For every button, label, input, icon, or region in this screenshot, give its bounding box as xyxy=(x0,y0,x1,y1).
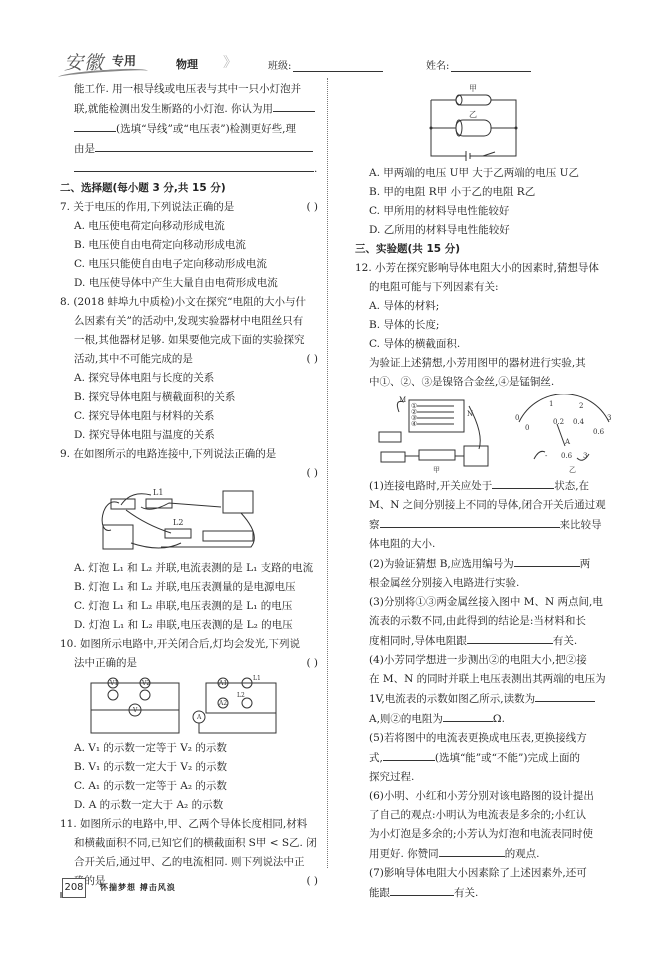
svg-text:A2: A2 xyxy=(218,700,227,707)
q7-stem: 7. 关于电压的作用,下列说法正确的是( ) xyxy=(60,198,322,217)
svg-text:④: ④ xyxy=(411,420,417,428)
svg-text:N: N xyxy=(467,410,473,418)
q9-option-c: C. 灯泡 L₁ 和 L₂ 串联,电压表测的是 L₁ 的电压 xyxy=(60,597,322,616)
q8-line: 8. (2018 蚌埠九中质检)小文在探究“电阻的大小与什 xyxy=(60,293,322,312)
q11-option-a: A. 甲两端的电压 U甲 大于乙两端的电压 U乙 xyxy=(355,164,617,183)
answer-blank[interactable] xyxy=(380,515,560,528)
q12-intro-line: 中①、②、③是镍铬合金丝,④是锰铜丝. xyxy=(355,373,617,392)
q12-part6: (6)小明、小红和小芳分别对该电路图的设计提出 xyxy=(355,787,617,806)
q9-stem: 9. 在如图所示的电路连接中,下列说法正确的是 xyxy=(60,445,322,464)
q10-option-b: B. V₁ 的示数一定大于 V₂ 的示数 xyxy=(60,758,322,777)
svg-text:M: M xyxy=(399,396,406,404)
right-column: 甲 乙 A. 甲两端的电压 U甲 大于乙两端的电压 U乙 B. 甲的电阻 R甲 … xyxy=(355,80,617,903)
svg-text:1: 1 xyxy=(549,400,553,408)
q6-cont-line: 联,就能检测出发生断路的小灯泡. 你认为用 xyxy=(60,99,322,119)
subject-label: 物理 xyxy=(176,56,198,72)
answer-paren[interactable]: ( ) xyxy=(306,872,318,891)
svg-text:乙: 乙 xyxy=(569,466,576,474)
q11-line: 和横截面积不同,已知它们的横截面积 S甲 < S乙. 闭 xyxy=(60,834,322,853)
q11-line: 合开关后,通过甲、乙的电流相同. 则下列说法中正 xyxy=(60,853,322,872)
q6-cont-line: 能工作. 用一根导线或电压表与其中一只小灯泡并 xyxy=(60,80,322,99)
svg-text:3: 3 xyxy=(607,414,611,422)
answer-paren[interactable]: ( ) xyxy=(306,350,318,369)
logo: 安徽 专用 xyxy=(58,44,158,80)
answer-blank[interactable] xyxy=(439,844,505,857)
q12-apparatus-and-meter-icon: M N ① ② ③ ④ 0 1 2 3 0 0.2 0.4 0.6 A - 0. xyxy=(369,394,619,474)
q10-circuit-figure: V1 V2 V A1 A2 A L1 L2 xyxy=(81,675,301,737)
q9-circuit-icon: L1 L2 xyxy=(91,485,291,557)
q12-part5: 探究过程. xyxy=(355,768,617,787)
q9-paren-line: ( ) xyxy=(60,464,322,483)
svg-text:L2: L2 xyxy=(173,518,183,527)
q12-part7: 能跟有关. xyxy=(355,883,617,903)
q9-circuit-figure: L1 L2 xyxy=(91,485,291,557)
q8-option-d: D. 探究导体电阻与温度的关系 xyxy=(60,426,322,445)
q7-option-b: B. 电压使自由电荷定向移动形成电流 xyxy=(60,236,322,255)
q6-cont-line: 由是 xyxy=(60,139,322,159)
q8-line: 活动,其中不可能完成的是( ) xyxy=(60,350,322,369)
svg-text:A: A xyxy=(564,438,571,446)
q9-option-a: A. 灯泡 L₁ 和 L₂ 并联,电流表测的是 L₁ 支路的电流 xyxy=(60,559,322,578)
q6-cont-line: . xyxy=(60,159,322,179)
answer-blank[interactable] xyxy=(383,748,435,761)
page-footer: 208 怀揣梦想 搏击风浪 xyxy=(62,878,302,900)
q12-part1: 察来比较导 xyxy=(355,515,617,535)
q8-option-a: A. 探究导体电阻与长度的关系 xyxy=(60,369,322,388)
answer-blank[interactable] xyxy=(514,554,580,567)
answer-blank[interactable] xyxy=(467,631,553,644)
name-label: 姓名: xyxy=(426,61,449,72)
svg-text:V: V xyxy=(132,707,138,714)
q12-part5: (5)若将图中的电流表更换成电压表,更换接线方 xyxy=(355,729,617,748)
q12-part3: 流表的示数不同,由此得到的结论是:当材料和长 xyxy=(355,612,617,631)
q11-option-b: B. 甲的电阻 R甲 小于乙的电阻 R乙 xyxy=(355,183,617,202)
q10-circuit-icon: V1 V2 V A1 A2 A L1 L2 xyxy=(81,675,301,737)
q10-option-d: D. A 的示数一定大于 A₂ 的示数 xyxy=(60,796,322,815)
svg-text:V2: V2 xyxy=(141,680,150,687)
q8-option-c: C. 探究导体电阻与材料的关系 xyxy=(60,407,322,426)
svg-text:0.2: 0.2 xyxy=(553,418,564,426)
q12-intro-line: A. 导体的材料; xyxy=(355,297,617,316)
svg-text:0.6: 0.6 xyxy=(593,428,605,436)
answer-blank[interactable] xyxy=(443,709,493,722)
svg-text:3: 3 xyxy=(583,452,587,460)
q11-option-c: C. 甲所用的材料导电性能较好 xyxy=(355,202,617,221)
q10-line: 10. 如图所示电路中,开关闭合后,灯均会发光,下列说 xyxy=(60,635,322,654)
q12-part4: 1V,电流表的示数如图乙所示,读数为 xyxy=(355,689,617,709)
svg-text:L2: L2 xyxy=(237,692,245,699)
svg-text:0: 0 xyxy=(525,424,529,432)
q12-intro-line: 12. 小芳在探究影响导体电阻大小的因素时,猜想导体 xyxy=(355,259,617,278)
answer-blank[interactable] xyxy=(535,689,595,702)
answer-blank[interactable] xyxy=(74,159,314,172)
q12-part4: 在 M、N 的同时并联上电压表测出其两端的电压为 xyxy=(355,670,617,689)
svg-text:0: 0 xyxy=(515,414,519,422)
q11-option-d: D. 乙所用的材料导电性能较好 xyxy=(355,221,617,240)
section-2-title: 二、选择题(每小题 3 分,共 15 分) xyxy=(60,179,322,198)
q10-option-c: C. A₁ 的示数一定等于 A₂ 的示数 xyxy=(60,777,322,796)
page-number: 208 xyxy=(62,878,86,898)
q11-line: 11. 如图所示的电路中,甲、乙两个导体长度相同,材料 xyxy=(60,815,322,834)
svg-text:甲: 甲 xyxy=(433,466,440,474)
q7-option-d: D. 电压使导体中产生大量自由电荷形成电流 xyxy=(60,274,322,293)
svg-text:甲: 甲 xyxy=(469,84,477,93)
q12-intro-line: 为验证上述猜想,小芳用图甲的器材进行实验,其 xyxy=(355,354,617,373)
q12-part2: 根金属丝分别接入电路进行实验. xyxy=(355,574,617,593)
q11-circuit-figure: 甲 乙 xyxy=(421,82,551,162)
class-label: 班级: xyxy=(268,61,291,72)
q12-part6: 了自己的观点:小明认为电流表是多余的;小红认 xyxy=(355,806,617,825)
class-blank[interactable] xyxy=(293,71,383,72)
q12-intro-line: C. 导体的横截面积. xyxy=(355,335,617,354)
q10-line: 法中正确的是( ) xyxy=(60,654,322,673)
q12-part6: 用更好. 你赞同的观点. xyxy=(355,844,617,864)
q12-figures: M N ① ② ③ ④ 0 1 2 3 0 0.2 0.4 0.6 A - 0. xyxy=(369,394,619,474)
answer-paren[interactable]: ( ) xyxy=(306,464,318,483)
svg-text:A1: A1 xyxy=(218,680,227,687)
svg-text:A: A xyxy=(196,714,202,721)
q12-intro-line: 的电阻可能与下列因素有关: xyxy=(355,278,617,297)
class-field: 班级: xyxy=(268,57,383,72)
svg-text:2: 2 xyxy=(579,402,583,410)
svg-text:-: - xyxy=(545,452,548,460)
q12-part1: M、N 之间分别接上不同的导体,闭合开关后通过观 xyxy=(355,496,617,515)
q12-intro-line: B. 导体的长度; xyxy=(355,316,617,335)
q9-option-b: B. 灯泡 L₁ 和 L₂ 并联,电压表测量的是电源电压 xyxy=(60,578,322,597)
q11-circuit-icon: 甲 乙 xyxy=(421,82,551,162)
svg-text:L1: L1 xyxy=(253,675,261,682)
column-divider xyxy=(327,78,328,868)
worksheet-page: 安徽 专用 物理 》 班级: 姓名: 能工作. 用一根导线或电压表与其中一只小灯… xyxy=(0,0,661,954)
answer-blank[interactable] xyxy=(492,476,554,489)
section-3-title: 三、实验题(共 15 分) xyxy=(355,240,617,259)
answer-blank[interactable] xyxy=(74,119,116,132)
q12-part1: (1)连接电路时,开关应处于状态,在 xyxy=(355,476,617,496)
q8-line: 么因素有关”的活动中,发现实验器材中电阻丝只有 xyxy=(60,312,322,331)
name-field: 姓名: xyxy=(426,57,531,72)
q12-part4: (4)小芳同学想进一步测出②的电阻大小,把②接 xyxy=(355,651,617,670)
q12-part5: 式,(选填“能”或“不能”)完成上面的 xyxy=(355,748,617,768)
q12-part4: A,则②的电阻为Ω. xyxy=(355,709,617,729)
answer-paren[interactable]: ( ) xyxy=(306,198,318,217)
q6-cont-line: (选填“导线”或“电压表”)检测更好些,理 xyxy=(60,119,322,139)
q12-part2: (2)为验证猜想 B,应选用编号为两 xyxy=(355,554,617,574)
chevron-right-icon: 》 xyxy=(223,52,237,72)
logo-sub: 专用 xyxy=(112,52,136,69)
answer-blank[interactable] xyxy=(390,883,454,896)
q7-option-a: A. 电压使电荷定向移动形成电流 xyxy=(60,217,322,236)
svg-text:0.6: 0.6 xyxy=(561,452,573,460)
q12-part3: 度相同时,导体电阻跟有关. xyxy=(355,631,617,651)
q12-part7: (7)影响导体电阻大小因素除了上述因素外,还可 xyxy=(355,864,617,883)
footer-slogan: 怀揣梦想 搏击风浪 xyxy=(100,882,176,893)
answer-paren[interactable]: ( ) xyxy=(306,654,318,673)
q12-part3: (3)分别将①③两金属丝接入图中 M、N 两点间,电 xyxy=(355,593,617,612)
q12-part6: 为小灯泡是多余的;小芳认为灯泡和电流表同时使 xyxy=(355,825,617,844)
q12-part1: 体电阻的大小. xyxy=(355,535,617,554)
left-column: 能工作. 用一根导线或电压表与其中一只小灯泡并 联,就能检测出发生断路的小灯泡.… xyxy=(60,80,322,891)
q9-option-d: D. 灯泡 L₁ 和 L₂ 串联,电压表测的是 L₂ 的电压 xyxy=(60,616,322,635)
q8-option-b: B. 探究导体电阻与横截面积的关系 xyxy=(60,388,322,407)
svg-text:L1: L1 xyxy=(153,488,163,497)
answer-blank[interactable] xyxy=(273,99,315,112)
answer-blank[interactable] xyxy=(95,139,313,152)
q7-option-c: C. 电压只能使自由电子定向移动形成电流 xyxy=(60,255,322,274)
svg-text:乙: 乙 xyxy=(469,110,477,119)
name-blank[interactable] xyxy=(451,71,531,72)
q8-line: 一根,其他器材足够. 如果要他完成下面的实验探究 xyxy=(60,331,322,350)
svg-text:V1: V1 xyxy=(109,680,118,687)
svg-text:0.4: 0.4 xyxy=(573,418,585,426)
page-header: 安徽 专用 物理 》 班级: 姓名: xyxy=(58,44,621,80)
q10-option-a: A. V₁ 的示数一定等于 V₂ 的示数 xyxy=(60,739,322,758)
